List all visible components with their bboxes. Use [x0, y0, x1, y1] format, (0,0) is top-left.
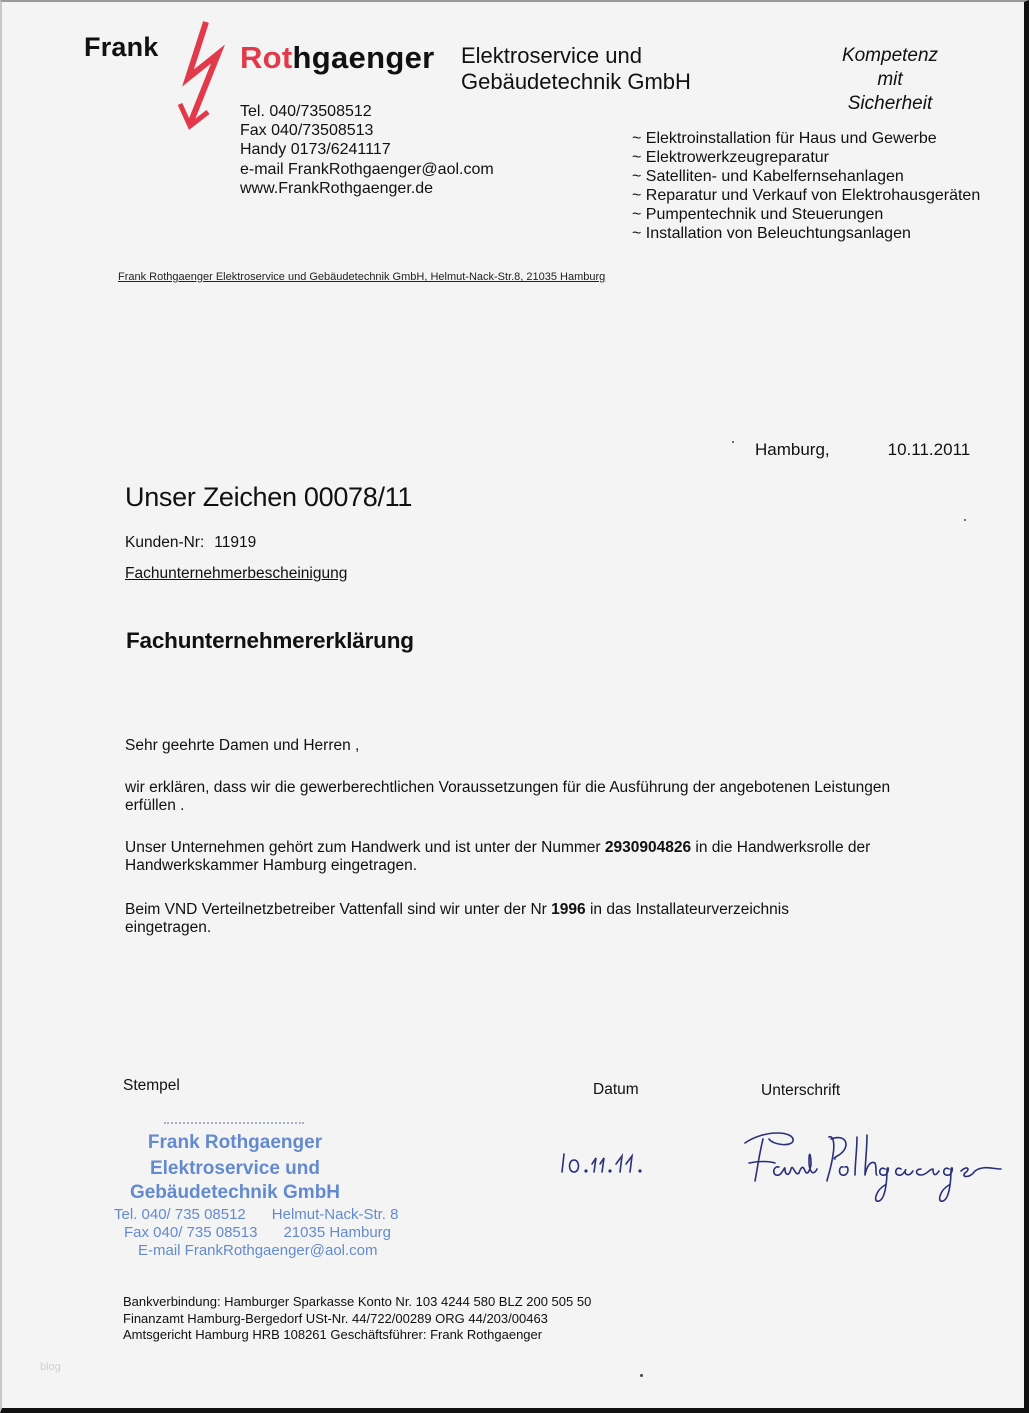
paragraph-3-text: Beim VND Verteilnetzbetreiber Vattenfall… [125, 901, 551, 918]
stamp-row-3: E-mail FrankRothgaenger@aol.com [138, 1242, 378, 1259]
scan-speck [640, 1374, 643, 1377]
watermark: blog [40, 1361, 61, 1373]
stamp-row-1: Tel. 040/ 735 08512Helmut-Nack-Str. 8 [114, 1206, 398, 1223]
paragraph-2-text: in die Handwerksrolle der [691, 839, 870, 856]
return-address: Frank Rothgaenger Elektroservice und Geb… [118, 271, 605, 283]
customer-number: Kunden-Nr:11919 [125, 534, 256, 552]
paragraph-1: wir erklären, dass wir die gewerberechtl… [125, 779, 890, 814]
service-item: ~ Satelliten- und Kabelfernsehanlagen [632, 167, 980, 186]
place-date: Hamburg,10.11.2011 [755, 440, 970, 460]
paragraph-1-line-2: erfüllen . [125, 797, 890, 815]
letter-date: 10.11.2011 [888, 440, 971, 459]
paragraph-1-line-1: wir erklären, dass wir die gewerberechtl… [125, 779, 890, 797]
letter-footer: Bankverbindung: Hamburger Sparkasse Kont… [123, 1294, 591, 1344]
salutation: Sehr geehrte Damen und Herren , [125, 737, 359, 755]
signature-label: Unterschrift [761, 1082, 840, 1100]
stamp-label: Stempel [123, 1077, 180, 1095]
stamp-email: E-mail FrankRothgaenger@aol.com [138, 1242, 378, 1259]
slogan-line: mit [830, 68, 950, 92]
stamp-tel: Tel. 040/ 735 08512 [114, 1206, 246, 1223]
customer-label: Kunden-Nr: [125, 534, 204, 551]
paragraph-2: Unser Unternehmen gehört zum Handwerk un… [125, 839, 870, 874]
stamp-row-2: Fax 040/ 735 0851321035 Hamburg [124, 1224, 391, 1241]
contact-fax: Fax 040/73508513 [240, 121, 494, 140]
service-item: ~ Pumpentechnik und Steuerungen [632, 205, 980, 224]
installer-number: 1996 [551, 901, 585, 918]
company-line-2: Gebäudetechnik GmbH [461, 69, 691, 95]
letterhead-contact: Tel. 040/73508512 Fax 040/73508513 Handy… [240, 102, 494, 198]
handwritten-date [560, 1140, 680, 1180]
stamp-city: 21035 Hamburg [283, 1224, 391, 1241]
lightning-bolt-icon [172, 20, 232, 138]
stamp-line-3: Gebäudetechnik GmbH [110, 1182, 360, 1204]
service-item: ~ Elektrowerkzeugreparatur [632, 148, 980, 167]
stamp-dotted-line [164, 1122, 304, 1124]
scan-speck [964, 519, 966, 521]
stamp-street: Helmut-Nack-Str. 8 [272, 1206, 399, 1223]
contact-email: e-mail FrankRothgaenger@aol.com [240, 160, 494, 179]
customer-value: 11919 [214, 534, 256, 551]
service-item: ~ Installation von Beleuchtungsanlagen [632, 224, 980, 243]
paragraph-2-line-2: Handwerkskammer Hamburg eingetragen. [125, 857, 870, 875]
services-list: ~ Elektroinstallation für Haus und Gewer… [632, 129, 980, 243]
slogan-line: Sicherheit [830, 92, 950, 116]
document-title: Fachunternehmererklärung [126, 628, 414, 654]
letterhead-surname: Rothgaenger [240, 40, 434, 76]
contact-web: www.FrankRothgaenger.de [240, 179, 494, 198]
letterhead-slogan: Kompetenz mit Sicherheit [830, 44, 950, 116]
footer-register: Amtsgericht Hamburg HRB 108261 Geschäfts… [123, 1327, 591, 1344]
paragraph-3: Beim VND Verteilnetzbetreiber Vattenfall… [125, 901, 789, 936]
letterhead-company: Elektroservice und Gebäudetechnik GmbH [461, 43, 691, 95]
footer-tax: Finanzamt Hamburg-Bergedorf USt-Nr. 44/7… [123, 1311, 591, 1328]
place: Hamburg, [755, 440, 830, 459]
paragraph-3-text: in das Installateurverzeichnis [586, 901, 789, 918]
footer-bank: Bankverbindung: Hamburger Sparkasse Kont… [123, 1294, 591, 1311]
company-line-1: Elektroservice und [461, 43, 691, 69]
paragraph-3-line-2: eingetragen. [125, 919, 789, 937]
surname-rest: hgaenger [293, 40, 435, 75]
date-label: Datum [593, 1081, 639, 1099]
stamp-fax: Fax 040/ 735 08513 [124, 1224, 257, 1241]
paragraph-2-text: Unser Unternehmen gehört zum Handwerk un… [125, 839, 605, 856]
handwerksrolle-number: 2930904826 [605, 839, 691, 856]
service-item: ~ Reparatur und Verkauf von Elektrohausg… [632, 186, 980, 205]
letterhead-first-name: Frank [84, 32, 159, 63]
contact-tel: Tel. 040/73508512 [240, 102, 494, 121]
contact-mobile: Handy 0173/6241117 [240, 140, 494, 159]
signature [735, 1125, 1005, 1215]
reference-number: Unser Zeichen 00078/11 [125, 482, 412, 513]
stamp-line-1: Frank Rothgaenger [110, 1132, 360, 1154]
surname-accent: Rot [240, 40, 293, 75]
subject-line: Fachunternehmerbescheinigung [125, 565, 347, 583]
service-item: ~ Elektroinstallation für Haus und Gewer… [632, 129, 980, 148]
slogan-line: Kompetenz [830, 44, 950, 68]
scan-speck [732, 441, 734, 443]
stamp-line-2: Elektroservice und [110, 1158, 360, 1180]
